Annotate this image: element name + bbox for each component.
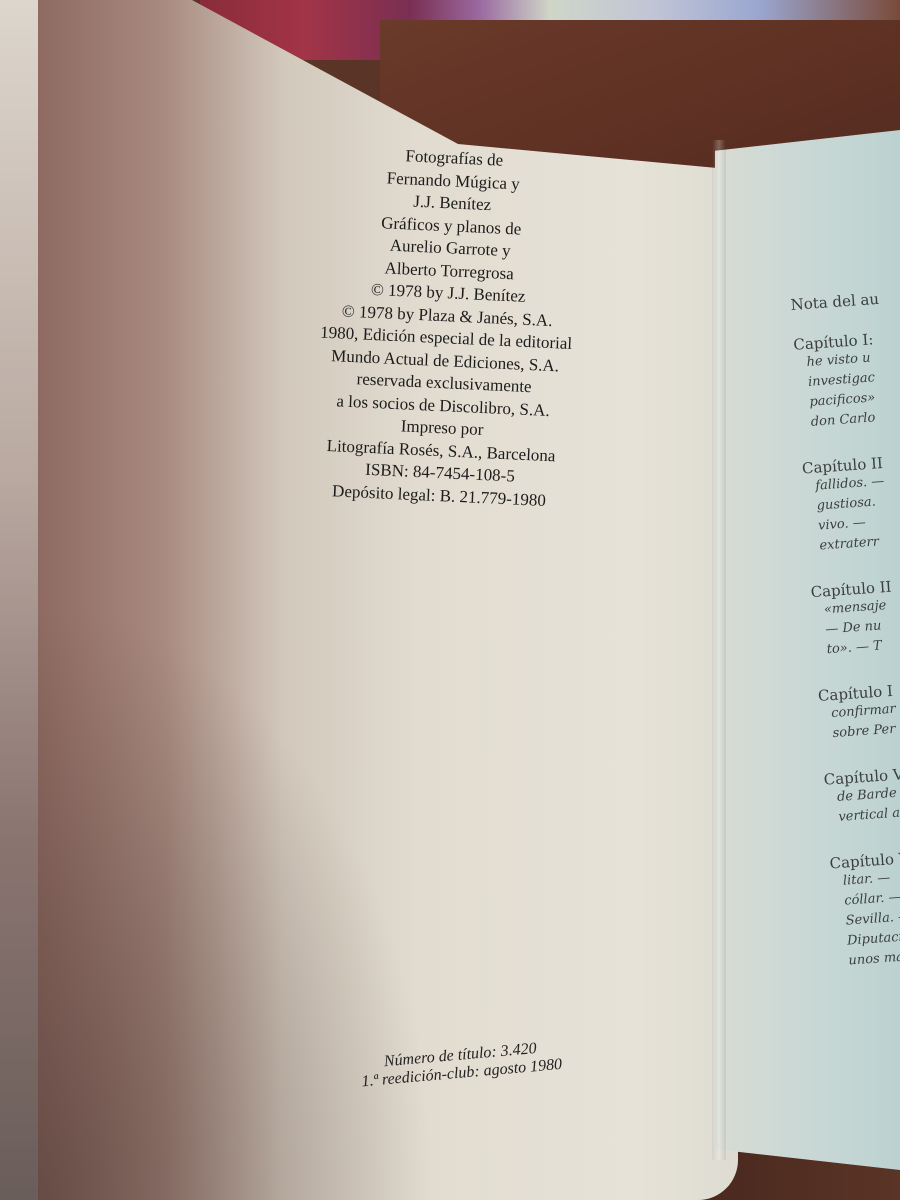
book-gutter — [712, 140, 726, 1160]
toc-entry: Capítulo II fallidos. — gustiosa. vivo. … — [801, 441, 900, 557]
toc-entry: Capítulo I confirmar sobre Per — [817, 669, 900, 745]
toc-chapter: Capítulo V — [829, 836, 900, 872]
toc-entry: Capítulo V litar. — cóllar. — Sevilla. —… — [829, 836, 900, 972]
toc-entry: Capítulo I: he visto u investigac pacifi… — [793, 318, 900, 434]
toc-entry: Capítulo V de Barde vertical a — [823, 753, 900, 829]
colophon-block: Fotografías de Fernando Múgica y J.J. Be… — [274, 140, 620, 515]
toc-chapter: Capítulo II — [810, 565, 900, 601]
toc-entry: Capítulo II «mensaje — De nu to». — T — [810, 565, 900, 661]
book-cover-edge — [0, 0, 42, 1200]
